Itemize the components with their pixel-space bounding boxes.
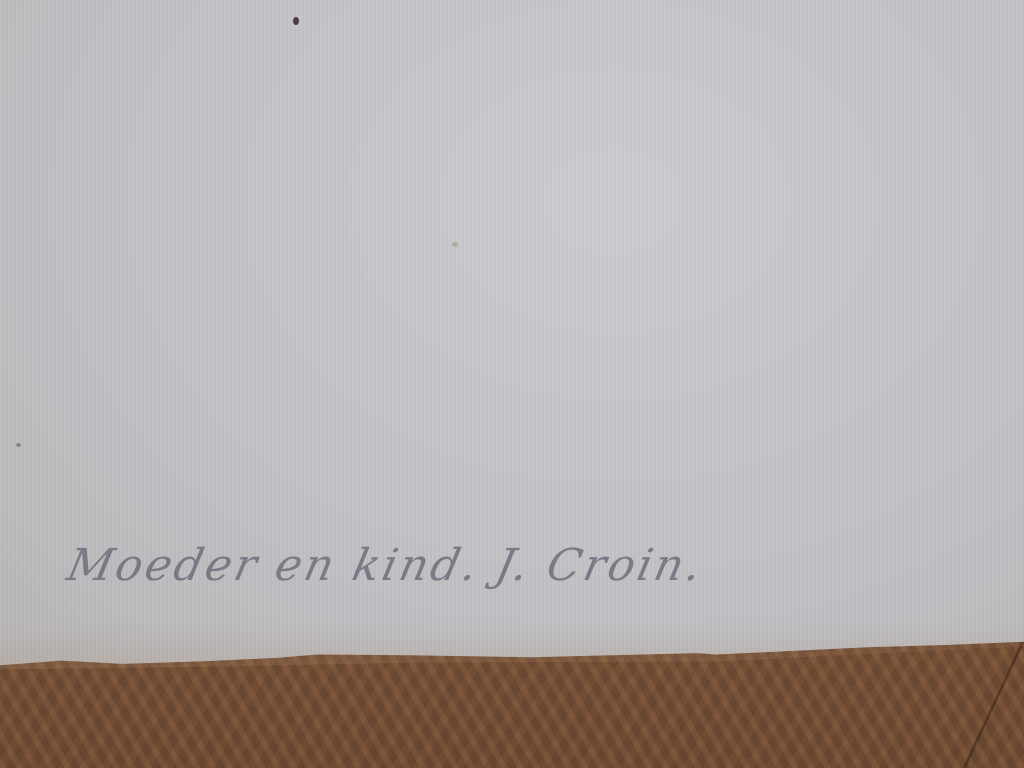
- paper-speck: [16, 443, 21, 447]
- pencil-inscription: Moeder en kind. J. Croin.: [54, 540, 953, 630]
- paper-speck: [452, 242, 458, 247]
- paper-speck: [293, 17, 299, 25]
- wood-seam: [964, 640, 1024, 768]
